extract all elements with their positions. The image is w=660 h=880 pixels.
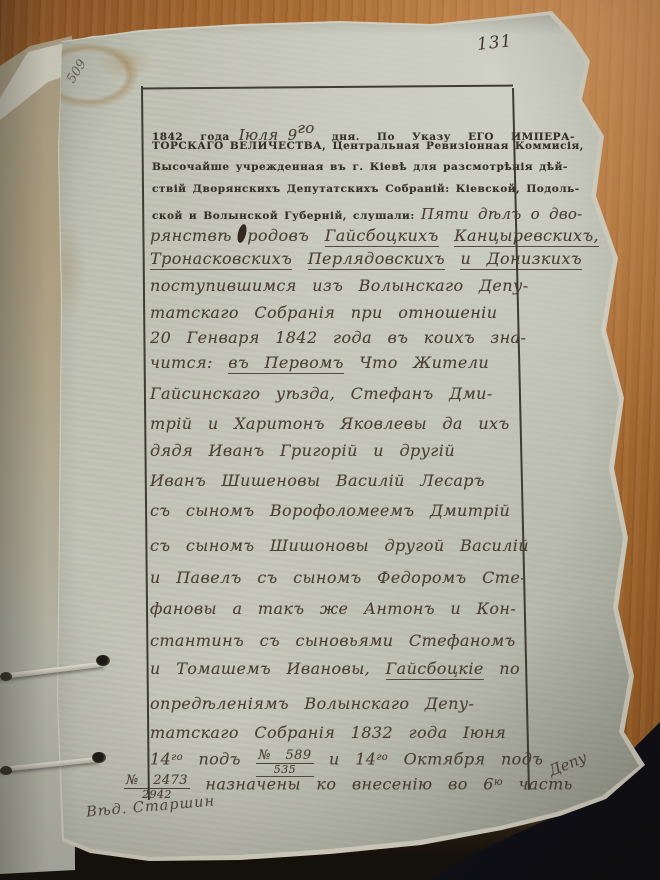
text-line: Высочайше учрежденная въ г. Кіевѣ для ра… — [152, 161, 568, 173]
pencil-mark: 509 — [64, 57, 90, 86]
ruled-frame-left — [141, 86, 149, 800]
text-line: Гайсинскаго уѣзда, Стефанъ Дми- — [150, 384, 493, 403]
text-line: Тронасковскихъ Перлядовскихъ и Донизкихъ — [150, 249, 582, 268]
thread-knot-upper — [0, 672, 12, 681]
text-line: съ сыномъ Шишоновы другой Василій — [150, 536, 529, 555]
thread-hole-upper — [96, 655, 110, 666]
thread-hole-lower — [92, 752, 106, 763]
thread-knot-lower — [0, 766, 12, 775]
text-line: и Томашемъ Ивановы, Гайсбоцкіе по — [150, 659, 520, 678]
page-number: 131 — [476, 31, 513, 55]
text-line: ствій Дворянскихъ Депутатскихъ Собраній:… — [152, 183, 580, 195]
text-line: ской и Волынской Губерній, слушали: Пяти… — [152, 205, 583, 223]
text-line: татскаго Собранія при отношеніи — [150, 303, 497, 322]
document-page: 1842 года Іюля 9го дня. По Указу ЕГО ИМП… — [0, 0, 660, 880]
text-line: Иванъ Шишеновы Василій Лесаръ — [150, 471, 485, 490]
ruled-frame-top — [141, 85, 513, 90]
text-line: трій и Харитонъ Яковлевы да ихъ — [150, 414, 510, 433]
text-line: съ сыномъ Ворофоломеемъ Дмитрій — [150, 501, 510, 520]
text-line: чится: въ Первомъ Что Жители — [150, 353, 489, 372]
text-line: рянствѣ родовъ Гайсбоцкихъ Канцыревскихъ… — [150, 226, 599, 245]
photo-scene: 1842 года Іюля 9го дня. По Указу ЕГО ИМП… — [0, 0, 660, 880]
text-line: ТОРСКАГО ВЕЛИЧЕСТВА, Центральная Ревизіо… — [152, 140, 584, 152]
text-line: опредѣленіямъ Волынскаго Депу- — [150, 694, 474, 713]
text-line: поступившимся изъ Волынскаго Депу- — [150, 276, 529, 295]
text-line: фановы а такъ же Антонъ и Кон- — [150, 599, 516, 618]
text-line: дядя Иванъ Григорій и другій — [150, 441, 455, 460]
text-line: 14го подъ № 589535 и 14го Октября подъ — [150, 749, 543, 777]
text-line: и Павелъ съ сыномъ Федоромъ Сте- — [150, 568, 526, 587]
text-line: 20 Генваря 1842 года въ коихъ зна- — [150, 328, 526, 347]
text-line: стантинъ съ сыновьями Стефаномъ — [150, 631, 516, 650]
text-line: татскаго Собранія 1832 года Іюня — [150, 723, 506, 742]
